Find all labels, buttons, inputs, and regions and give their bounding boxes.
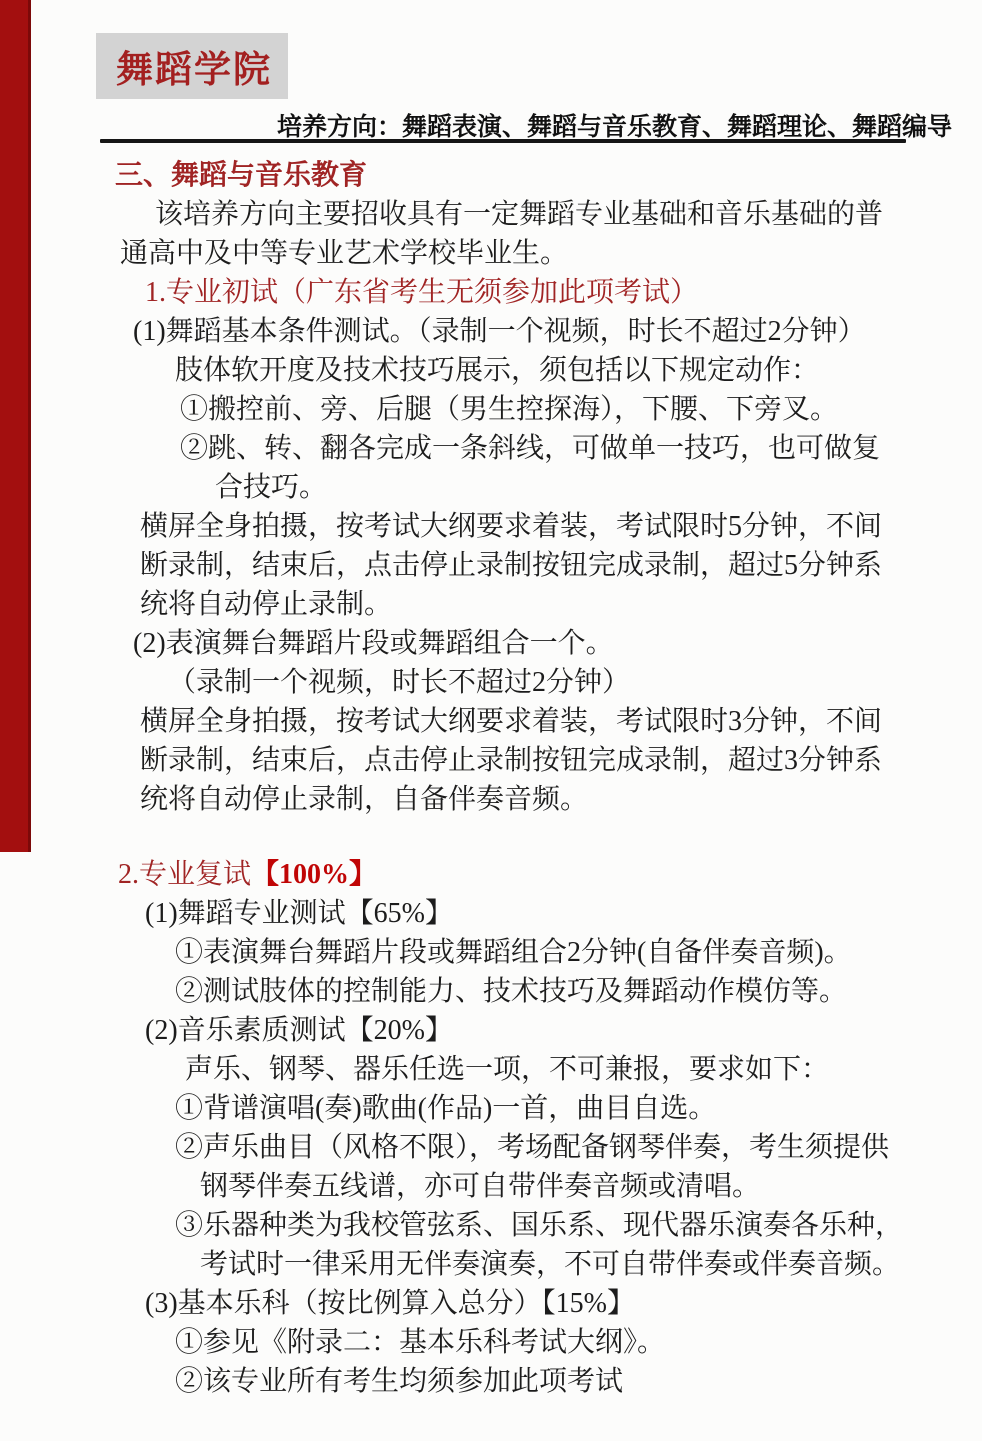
body-line: 肢体软开度及技术技巧展示，须包括以下规定动作： [175,351,982,390]
music-test-circled-1: ①背谱演唱(奏)歌曲(作品)一首，曲目自选。 [175,1089,982,1128]
item-2-paren-note: （录制一个视频，时长不超过2分钟） [168,663,982,702]
document-body: 三、舞蹈与音乐教育 该培养方向主要招收具有一定舞蹈专业基础和音乐基础的普 通高中… [0,156,982,1401]
document-page: 舞蹈学院 培养方向：舞蹈表演、舞蹈与音乐教育、舞蹈理论、舞蹈编导 三、舞蹈与音乐… [0,0,982,1441]
music-test-intro: 声乐、钢琴、器乐任选一项，不可兼报，要求如下： [185,1050,982,1089]
recording-note2-line-3: 统将自动停止录制，自备伴奏音频。 [140,780,982,819]
music-test-circled-3: ③乐器种类为我校管弦系、国乐系、现代器乐演奏各乐种， [175,1206,982,1245]
basic-music-theory-circled-2: ②该专业所有考生均须参加此项考试 [175,1362,982,1401]
basic-music-theory-heading: (3)基本乐科（按比例算入总分）【15%】 [145,1284,982,1323]
college-title: 舞蹈学院 [116,39,272,93]
music-test-heading: (2)音乐素质测试【20%】 [145,1011,982,1050]
dance-test-heading: (1)舞蹈专业测试【65%】 [145,894,982,933]
recording-note-line-2: 断录制，结束后，点击停止录制按钮完成录制，超过5分钟系 [140,546,982,585]
basic-music-theory-circled-1: ①参见《附录二：基本乐科考试大纲》。 [175,1323,982,1362]
item-1-line: (1)舞蹈基本条件测试。（录制一个视频，时长不超过2分钟） [133,312,982,351]
circled-2-line: ②跳、转、翻各完成一条斜线，可做单一技巧，也可做复 [180,429,982,468]
recording-note2-line-1: 横屏全身拍摄，按考试大纲要求着装，考试限时3分钟，不间 [140,702,982,741]
music-test-circled-3-continuation: 考试时一律采用无伴奏演奏，不可自带伴奏或伴奏音频。 [200,1245,982,1284]
item-2-line: (2)表演舞台舞蹈片段或舞蹈组合一个。 [133,624,982,663]
recording-note-line-3: 统将自动停止录制。 [140,585,982,624]
recording-note-line-1: 横屏全身拍摄，按考试大纲要求着装，考试限时5分钟，不间 [140,507,982,546]
dance-test-circled-1: ①表演舞台舞蹈片段或舞蹈组合2分钟(自备伴奏音频)。 [175,933,982,972]
header-divider [100,139,906,143]
music-test-circled-2-continuation: 钢琴伴奏五线谱，亦可自带伴奏音频或清唱。 [200,1167,982,1206]
college-title-box: 舞蹈学院 [96,33,288,99]
intro-line-2: 通高中及中等专业艺术学校毕业生。 [120,234,982,273]
recording-note2-line-2: 断录制，结束后，点击停止录制按钮完成录制，超过3分钟系 [140,741,982,780]
training-directions-subtitle: 培养方向：舞蹈表演、舞蹈与音乐教育、舞蹈理论、舞蹈编导 [277,107,905,143]
final-exam-weight: 【100%】 [251,859,377,890]
dance-test-circled-2: ②测试肢体的控制能力、技术技巧及舞蹈动作模仿等。 [175,972,982,1011]
music-test-circled-2: ②声乐曲目（风格不限），考场配备钢琴伴奏，考生须提供 [175,1128,982,1167]
section-heading: 三、舞蹈与音乐教育 [115,156,982,195]
preliminary-exam-heading: 1.专业初试（广东省考生无须参加此项考试） [145,273,982,312]
circled-1-line: ①搬控前、旁、后腿（男生控探海），下腰、下旁叉。 [180,390,982,429]
intro-line-1: 该培养方向主要招收具有一定舞蹈专业基础和音乐基础的普 [155,195,982,234]
final-exam-heading: 2.专业复试【100%】 [118,855,982,894]
circled-2-continuation: 合技巧。 [215,468,982,507]
